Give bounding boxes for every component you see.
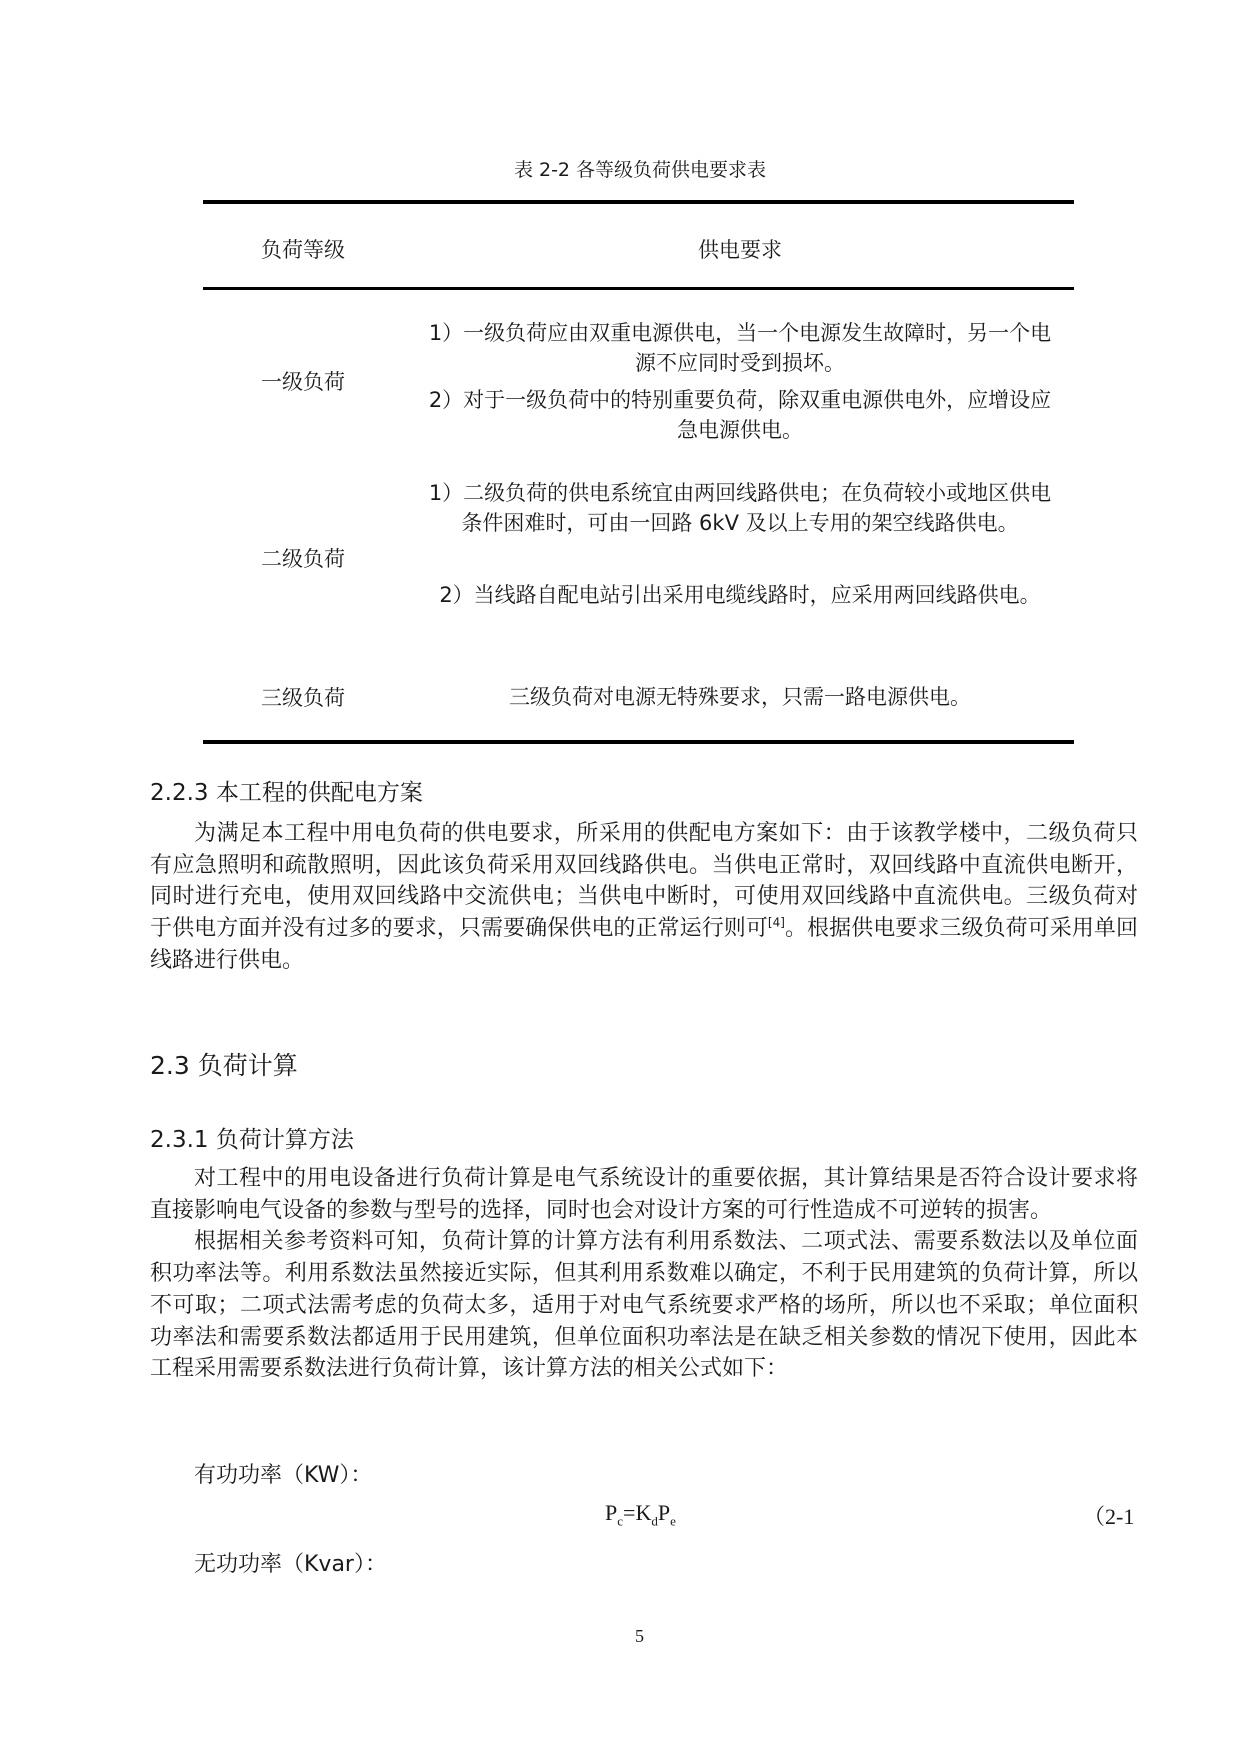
- formula-symbol-p: P: [605, 1500, 617, 1525]
- formula-equals: =: [623, 1500, 635, 1525]
- formula-2-1: Pc=KdPe: [605, 1500, 676, 1529]
- table-bottom-rule: [203, 740, 1074, 744]
- table-caption: 表 2-2 各等级负荷供电要求表: [0, 155, 1240, 182]
- table-header-level: 负荷等级: [203, 234, 403, 264]
- table-header-rule: [203, 287, 1074, 290]
- table-row-requirement-2-1: 1）二级负荷的供电系统宜由两回线路供电；在负荷较小或地区供电条件困难时，可由一回…: [420, 478, 1060, 538]
- citation-ref: [4]: [768, 916, 785, 930]
- formula-symbol-k: K: [635, 1500, 651, 1525]
- table-top-rule: [203, 200, 1074, 204]
- table-row-requirement-1-2: 2）对于一级负荷中的特别重要负荷，除双重电源供电外，应增设应急电源供电。: [420, 385, 1060, 445]
- formula-symbol-p2: P: [658, 1500, 670, 1525]
- paragraph-1: 对工程中的用电设备进行负荷计算是电气系统设计的重要依据，其计算结果是否符合设计要…: [150, 1163, 1138, 1226]
- section-heading-2-3: 2.3 负荷计算: [150, 1046, 298, 1082]
- page-number: 5: [635, 1626, 644, 1647]
- formula-subscript-e: e: [670, 1513, 676, 1528]
- paragraph-2: 根据相关参考资料可知，负荷计算的计算方法有利用系数法、二项式法、需要系数法以及单…: [150, 1226, 1138, 1385]
- table-row-requirement-1-1: 1）一级负荷应由双重电源供电，当一个电源发生故障时，另一个电源不应同时受到损坏。: [420, 318, 1060, 378]
- reactive-power-label: 无功功率（Kvar）：: [194, 1547, 387, 1578]
- section-2-3-1-paragraphs: 对工程中的用电设备进行负荷计算是电气系统设计的重要依据，其计算结果是否符合设计要…: [150, 1163, 1138, 1385]
- section-heading-2-3-1: 2.3.1 负荷计算方法: [150, 1121, 354, 1154]
- table-row-requirement-3-1: 三级负荷对电源无特殊要求，只需一路电源供电。: [420, 682, 1060, 712]
- table-row-level-1: 一级负荷: [203, 366, 403, 396]
- active-power-label: 有功功率（KW）：: [194, 1458, 372, 1489]
- section-2-2-3-paragraph: 为满足本工程中用电负荷的供电要求，所采用的供配电方案如下：由于该教学楼中，二级负…: [150, 818, 1138, 977]
- table-row-level-3: 三级负荷: [203, 682, 403, 712]
- table-row-requirement-2-2: 2）当线路自配电站引出采用电缆线路时，应采用两回线路供电。: [420, 580, 1060, 610]
- table-header-requirements: 供电要求: [420, 234, 1060, 264]
- section-heading-2-2-3: 2.2.3 本工程的供配电方案: [150, 774, 423, 807]
- equation-number: （2-1: [1083, 1500, 1134, 1531]
- table-row-level-2: 二级负荷: [203, 543, 403, 573]
